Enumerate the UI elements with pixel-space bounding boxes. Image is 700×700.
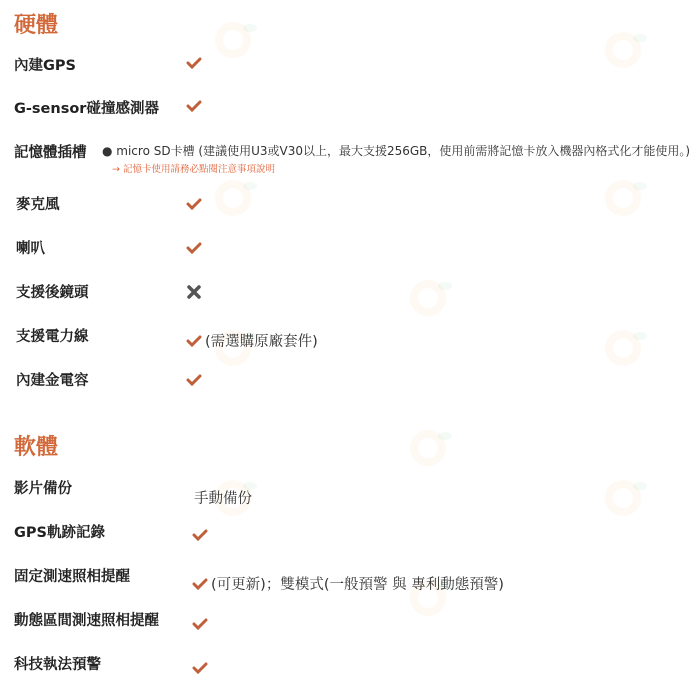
spec-row: G-sensor碰撞感測器 xyxy=(14,97,700,127)
spec-row: 喇叭 xyxy=(14,237,700,267)
spec-value: 手動備份 xyxy=(194,487,252,508)
spec-label: 科技執法預警 xyxy=(14,653,101,674)
spec-label: 記憶體插槽 xyxy=(14,141,87,162)
spec-value xyxy=(186,56,205,70)
check-icon xyxy=(186,99,202,113)
spec-value xyxy=(186,197,205,211)
spec-row: 固定測速照相提醒 (可更新)；雙模式(一般預警 與 專利動態預警) xyxy=(14,565,700,595)
check-icon xyxy=(192,661,208,675)
watermark-logo xyxy=(410,430,446,466)
spec-label: GPS軌跡記錄 xyxy=(14,521,105,542)
spec-row: 內建GPS xyxy=(14,54,700,84)
check-icon xyxy=(186,373,202,387)
spec-row: 支援後鏡頭 xyxy=(14,281,700,311)
cross-icon xyxy=(186,284,202,300)
spec-row: 動態區間測速照相提醒 xyxy=(14,609,700,639)
spec-label: 支援後鏡頭 xyxy=(16,281,89,302)
spec-row: 內建金電容 xyxy=(14,369,700,399)
check-icon xyxy=(186,241,202,255)
spec-row: 記憶體插槽 ● micro SD卡槽 (建議使用U3或V30以上，最大支援256… xyxy=(14,141,700,181)
check-icon xyxy=(192,528,208,542)
spec-label: 動態區間測速照相提醒 xyxy=(14,609,159,630)
spec-value xyxy=(186,241,205,255)
spec-label: 影片備份 xyxy=(14,477,72,498)
spec-label: 內建GPS xyxy=(14,54,76,75)
check-icon xyxy=(186,56,202,70)
spec-label: 麥克風 xyxy=(16,193,60,214)
spec-label: 內建金電容 xyxy=(16,369,89,390)
spec-row: 麥克風 xyxy=(14,193,700,223)
check-icon xyxy=(192,577,208,591)
spec-row: GPS軌跡記錄 xyxy=(14,521,700,551)
spec-value xyxy=(192,617,211,631)
spec-value: (需選購原廠套件) xyxy=(186,330,318,351)
spec-label: 支援電力線 xyxy=(16,325,89,346)
spec-value xyxy=(186,284,202,300)
check-icon xyxy=(192,617,208,631)
section-title-software: 軟體 xyxy=(14,430,58,461)
speed-camera-note: (可更新)；雙模式(一般預警 與 專利動態預警) xyxy=(211,573,504,594)
check-icon xyxy=(186,334,202,348)
check-icon xyxy=(186,197,202,211)
spec-value xyxy=(192,528,211,542)
memory-slot-note: ● micro SD卡槽 (建議使用U3或V30以上，最大支援256GB，使用前… xyxy=(102,142,690,159)
spec-label: 喇叭 xyxy=(16,237,45,258)
spec-label: G-sensor碰撞感測器 xyxy=(14,97,159,118)
spec-row: 科技執法預警 xyxy=(14,653,700,683)
spec-value xyxy=(186,99,205,113)
spec-value: (可更新)；雙模式(一般預警 與 專利動態預警) xyxy=(192,573,504,594)
section-title-hardware: 硬體 xyxy=(14,8,58,39)
memory-card-notice-link[interactable]: → 記憶卡使用請務必點閱注意事項說明 xyxy=(112,161,275,175)
watermark-logo xyxy=(215,22,251,58)
spec-value xyxy=(192,661,211,675)
spec-value xyxy=(186,373,205,387)
spec-row: 影片備份 手動備份 xyxy=(14,477,700,507)
power-cable-note: (需選購原廠套件) xyxy=(205,330,318,351)
spec-row: 支援電力線 (需選購原廠套件) xyxy=(14,325,700,355)
spec-label: 固定測速照相提醒 xyxy=(14,565,130,586)
